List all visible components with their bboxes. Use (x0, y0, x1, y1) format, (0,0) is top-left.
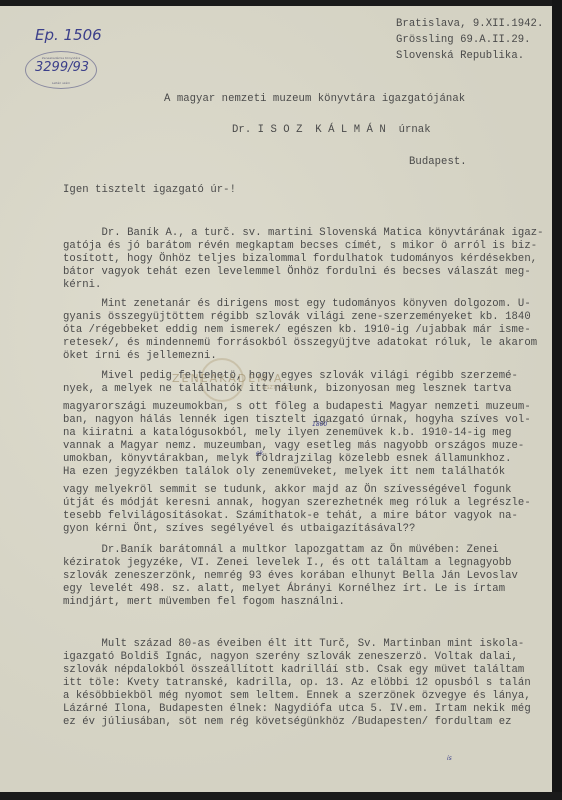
recipient-institution: A magyar nemzeti muzeum könyvtára igazga… (164, 93, 465, 106)
body-line: retesek/, és mindennemü forrásokból össz… (63, 337, 537, 350)
body-line: kéziratok jegyzéke, VI. Zenei levelek I.… (63, 557, 512, 570)
body-line: útját és módját keresni annak, hogyan sz… (63, 497, 531, 510)
address-line-country: Slovenská Republika. (396, 50, 524, 63)
body-line: Ha ezen jegyzékben találok oly zenemüvek… (63, 466, 505, 479)
body-line: tesebb felvilágosításokat. Számíthatok-e… (63, 510, 518, 523)
body-line: magyarországi muzeumokban, s ott föleg a… (63, 401, 531, 414)
body-line: a késöbbiekböl még nyomot sem leltem. En… (63, 690, 531, 703)
address-line-date: Bratislava, 9.XII.1942. (396, 18, 543, 31)
body-line: szlovák zeneszerzönk, nemrég 93 éves kor… (63, 570, 518, 583)
body-line: Dr.Baník barátomnál a multkor lapozgatta… (63, 544, 499, 557)
body-line: szlovák népdalokból összeállított kadril… (63, 664, 524, 677)
recipient-city: Budapest. (409, 156, 467, 169)
body-line: kérni. (63, 279, 101, 292)
scan-border-bottom (0, 792, 562, 800)
salutation: Igen tisztelt igazgató úr-! (63, 184, 236, 197)
margin-note: is (447, 755, 452, 762)
archive-number-handwritten: Ep. 1506 (35, 26, 102, 44)
body-line: itt töle: Kvety tatranské, kadrilla, op.… (63, 677, 531, 690)
body-line: egy levelét 498. sz. alatt, melyet Ábrán… (63, 583, 505, 596)
body-line: nyek, a melyek ne találhatók itt nálunk,… (63, 383, 512, 396)
body-line: vannak a Magyar nemz. muzeumban, vagy es… (63, 440, 524, 453)
body-line: ez év júliusában, söt nem rég követségün… (63, 716, 512, 729)
body-line: tosított, hogy Önhöz teljes bizalommal f… (63, 253, 537, 266)
stamp-bottom-text: Leltári szám (26, 81, 96, 85)
body-line: gatója és jó barátom révén megkaptam bec… (63, 240, 537, 253)
body-line: Lázárné Ilona, Budapesten élnek: Nagydió… (63, 703, 531, 716)
body-line: óta /régebbeket eddig nem ismerek/ egész… (63, 324, 531, 337)
stamp-number: 3299/93 (35, 60, 89, 75)
body-line: öket írni és jellemezni. (63, 350, 217, 363)
body-line: mindjárt, mert müvemben fel fogom haszná… (63, 596, 345, 609)
scan-border-right (552, 0, 562, 800)
body-line: igazgató Boldiš Ignác, nagyon szerény sz… (63, 651, 518, 664)
body-line: Mivel pedig feltehetö, hogy egyes szlová… (63, 370, 518, 383)
address-line-street: Grössling 69.A.II.29. (396, 34, 531, 47)
body-line: ban, nagyon hálás lennék igen tisztelt i… (63, 414, 531, 427)
body-line: bátor vagyok tehát ezen levelemmel Önhöz… (63, 266, 531, 279)
letter-page: Ep. 1506 Zeneakadémia Könyvtára 3299/93 … (0, 6, 552, 800)
body-line: Mint zenetanár és dirigens most egy tudo… (63, 298, 531, 311)
body-line: na kiiratni a katalógusokból, mely ilyen… (63, 427, 512, 440)
body-line: umokban, könyvtárakban, melyk földrajzil… (63, 453, 512, 466)
body-line: Mult század 80-as éveiben élt itt Turč, … (63, 638, 524, 651)
body-line: vagy melyekröl semmit se tudunk, akkor m… (63, 484, 512, 497)
library-stamp: Zeneakadémia Könyvtára 3299/93 Leltári s… (25, 51, 97, 89)
recipient-name: Dr. I S O Z K Á L M Á N úrnak (232, 124, 431, 137)
body-line: gyanis összegyüjtöttem régibb szlovák vi… (63, 311, 531, 324)
body-line: gyon kérni Önt, szíves segélyével és utb… (63, 523, 415, 536)
body-line: Dr. Baník A., a turč. sv. martini Sloven… (63, 227, 544, 240)
